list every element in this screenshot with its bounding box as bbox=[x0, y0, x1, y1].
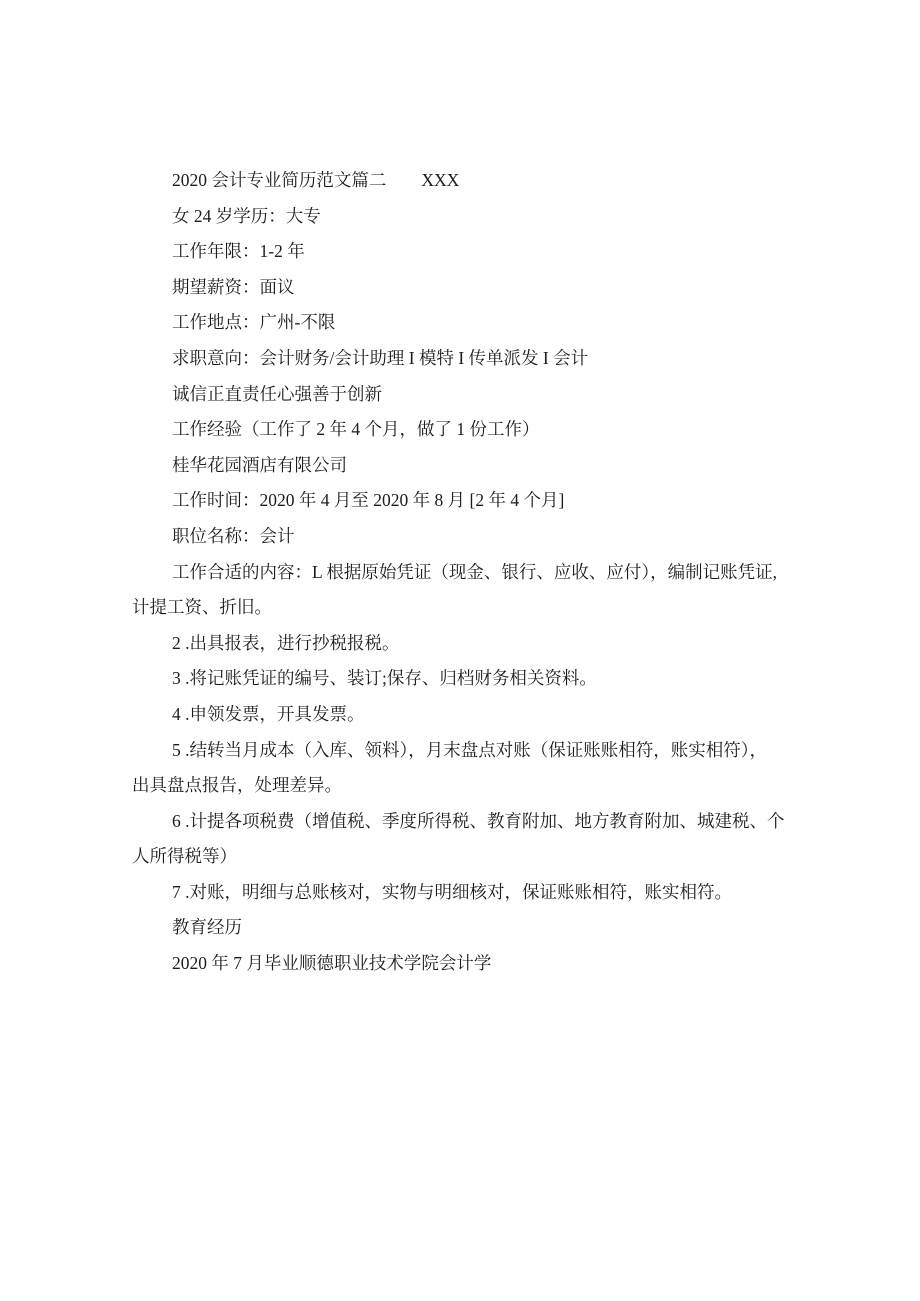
text-line: 期望薪资：面议 bbox=[132, 270, 804, 306]
text-line: 出具盘点报告，处理差异。 bbox=[132, 768, 804, 804]
text-line: 工作经验（工作了 2 年 4 个月，做了 1 份工作） bbox=[132, 412, 804, 448]
text-line: 工作年限：1-2 年 bbox=[132, 234, 804, 270]
text-line: 2020 会计专业简历范文篇二 XXX bbox=[132, 163, 804, 199]
document-page: 2020 会计专业简历范文篇二 XXX女 24 岁学历：大专工作年限：1-2 年… bbox=[0, 0, 920, 1301]
text-line: 诚信正直责任心强善于创新 bbox=[132, 377, 804, 413]
text-line: 2020 年 7 月毕业顺德职业技术学院会计学 bbox=[132, 946, 804, 982]
text-line: 女 24 岁学历：大专 bbox=[132, 199, 804, 235]
text-line: 6 .计提各项税费（增值税、季度所得税、教育附加、地方教育附加、城建税、个 bbox=[132, 804, 804, 840]
text-line: 求职意向：会计财务/会计助理 I 模特 I 传单派发 I 会计 bbox=[132, 341, 804, 377]
text-line: 职位名称：会计 bbox=[132, 519, 804, 555]
text-line: 计提工资、折旧。 bbox=[132, 590, 804, 626]
text-line: 人所得税等） bbox=[132, 839, 804, 875]
text-line: 7 .对账，明细与总账核对，实物与明细核对，保证账账相符，账实相符。 bbox=[132, 875, 804, 911]
text-line: 4 .申领发票，开具发票。 bbox=[132, 697, 804, 733]
text-line: 教育经历 bbox=[132, 910, 804, 946]
text-line: 2 .出具报表，进行抄税报税。 bbox=[132, 626, 804, 662]
text-line: 桂华花园酒店有限公司 bbox=[132, 448, 804, 484]
text-line: 5 .结转当月成本（入库、领料），月末盘点对账（保证账账相符，账实相符）， bbox=[132, 733, 804, 769]
text-line: 工作合适的内容：L 根据原始凭证（现金、银行、应收、应付），编制记账凭证, bbox=[132, 555, 804, 591]
text-line: 工作地点：广州-不限 bbox=[132, 305, 804, 341]
text-line: 3 .将记账凭证的编号、装订;保存、归档财务相关资料。 bbox=[132, 661, 804, 697]
text-line: 工作时间：2020 年 4 月至 2020 年 8 月 [2 年 4 个月] bbox=[132, 483, 804, 519]
resume-text-block: 2020 会计专业简历范文篇二 XXX女 24 岁学历：大专工作年限：1-2 年… bbox=[132, 163, 804, 982]
